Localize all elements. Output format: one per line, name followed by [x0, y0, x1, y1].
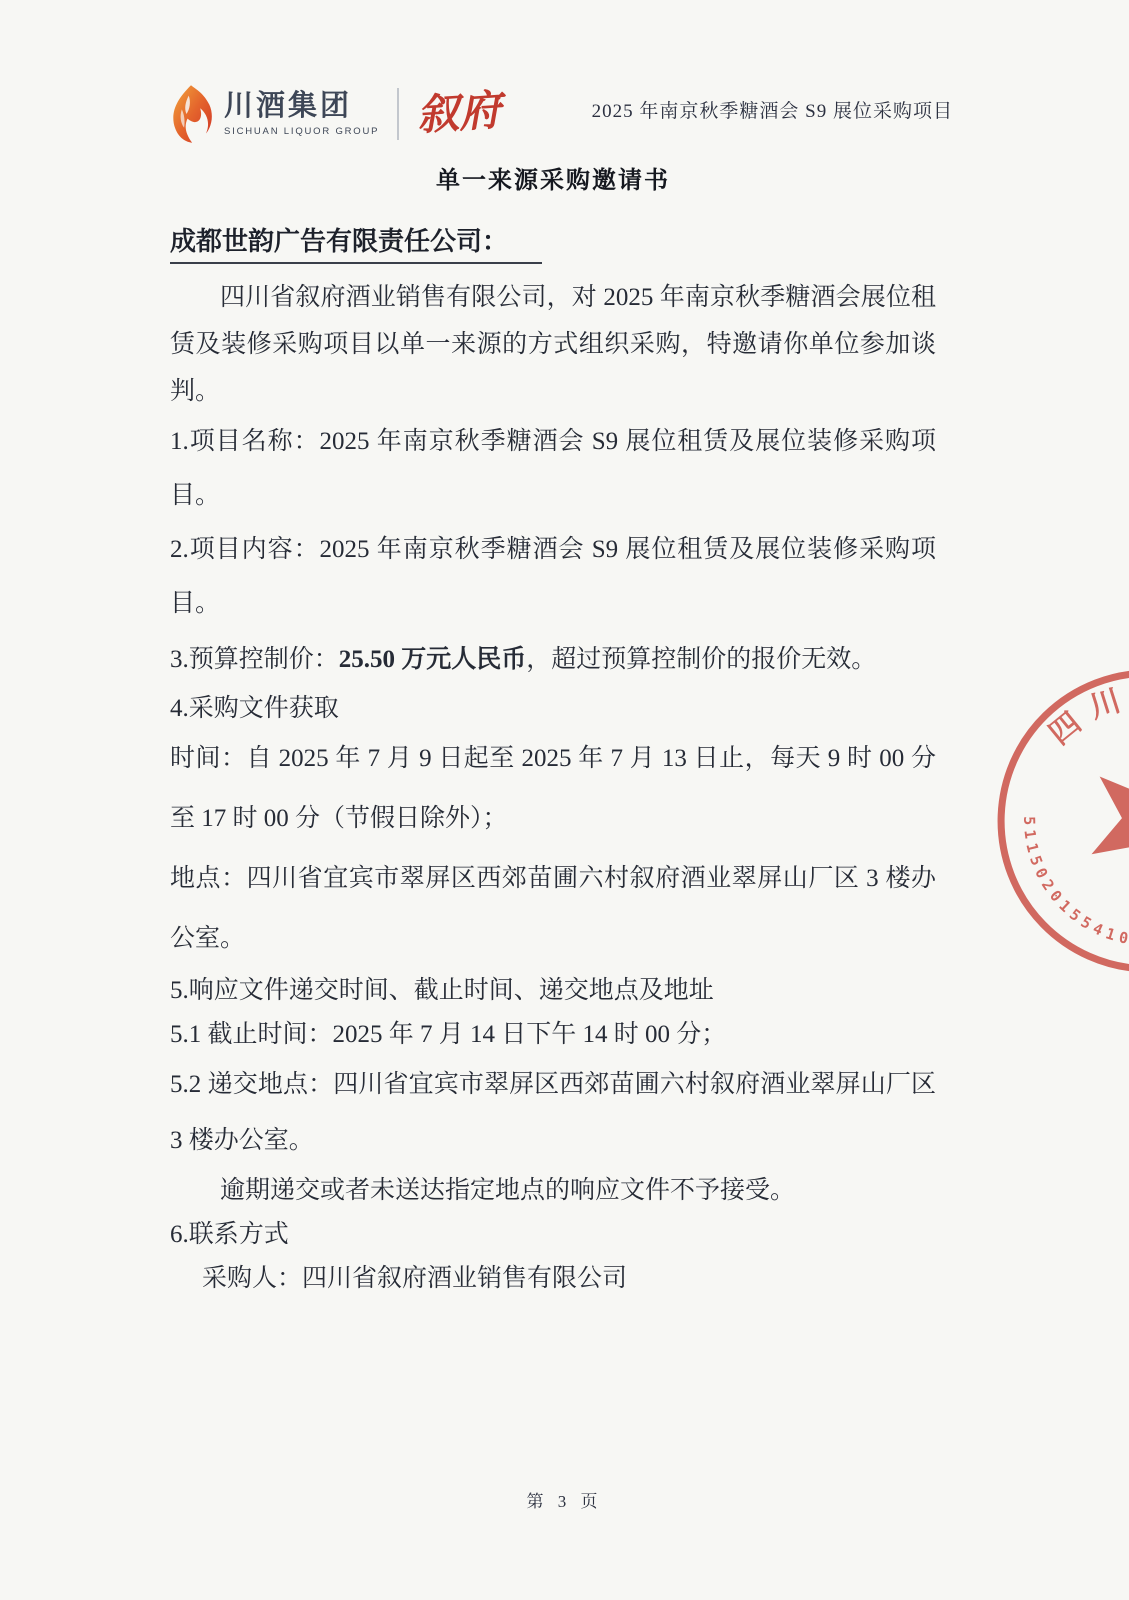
addressee-row: 成都世韵广告有限责任公司： — [170, 221, 936, 264]
page-header: 川酒集团 SICHUAN LIQUOR GROUP 叙府 2025 年南京秋季糖… — [168, 84, 953, 144]
section-2-project-content: 2.项目内容：2025 年南京秋季糖酒会 S9 展位租赁及展位装修采购项目。 — [170, 523, 936, 631]
seal-arc-text-wrap: 四川省叙府酒 — [1036, 636, 1129, 842]
star-icon — [1069, 735, 1129, 896]
document-page: 川酒集团 SICHUAN LIQUOR GROUP 叙府 2025 年南京秋季糖… — [0, 0, 1129, 1600]
company-logo: 川酒集团 SICHUAN LIQUOR GROUP 叙府 — [168, 84, 501, 144]
flame-icon — [168, 84, 214, 144]
buyer-line: 采购人：四川省叙府酒业销售有限公司 — [170, 1257, 936, 1301]
section-1-project-name: 1.项目名称：2025 年南京秋季糖酒会 S9 展位租赁及展位装修采购项目。 — [170, 415, 936, 523]
section-6-heading: 6.联系方式 — [170, 1213, 936, 1257]
official-seal-stamp: 四川省叙府酒 5115020155410 — [936, 608, 1129, 1033]
brand-name-cn: 川酒集团 — [224, 92, 379, 121]
section-4-place: 地点：四川省宜宾市翠屏区西郊苗圃六村叙府酒业翠屏山厂区 3 楼办公室。 — [170, 849, 936, 969]
section-5-heading: 5.响应文件递交时间、截止时间、递交地点及地址 — [170, 969, 936, 1013]
budget-value: 25.50 万元人民币 — [339, 646, 527, 673]
section-5-1-deadline: 5.1 截止时间：2025 年 7 月 14 日下午 14 时 00 分； — [170, 1013, 936, 1057]
section-4-time: 时间：自 2025 年 7 月 9 日起至 2025 年 7 月 13 日止，每… — [170, 729, 936, 849]
seal-serial-number: 5115020155410 — [987, 809, 1129, 953]
brand-block: 川酒集团 SICHUAN LIQUOR GROUP — [224, 92, 379, 137]
section-3-budget: 3.预算控制价：25.50 万元人民币，超过预算控制价的报价无效。 — [170, 631, 936, 689]
page-footer: 第 3 页 — [0, 1487, 1129, 1512]
section-4-heading: 4.采购文件获取 — [170, 689, 936, 729]
subbrand-calligraphy: 叙府 — [416, 90, 503, 138]
late-delivery-note: 逾期递交或者未送达指定地点的响应文件不予接受。 — [170, 1169, 936, 1213]
seal-serial-wrap: 5115020155410 — [987, 809, 1129, 953]
document-title: 单一来源采购邀请书 — [170, 160, 936, 195]
addressee: 成都世韵广告有限责任公司： — [170, 221, 542, 264]
brand-name-en: SICHUAN LIQUOR GROUP — [224, 127, 379, 137]
page-number: 第 3 页 — [527, 1492, 603, 1511]
seal-ring — [954, 626, 1129, 1017]
budget-prefix: 3.预算控制价： — [170, 646, 339, 673]
header-project-title: 2025 年南京秋季糖酒会 S9 展位采购项目 — [592, 96, 953, 123]
logo-divider — [397, 88, 399, 140]
document-content: 单一来源采购邀请书 成都世韵广告有限责任公司： 四川省叙府酒业销售有限公司，对 … — [170, 160, 936, 1301]
section-5-2-delivery-place: 5.2 递交地点：四川省宜宾市翠屏区西郊苗圃六村叙府酒业翠屏山厂区 3 楼办公室… — [170, 1057, 936, 1169]
seal-arc-text: 四川省叙府酒 — [1036, 636, 1129, 842]
budget-suffix: ，超过预算控制价的报价无效。 — [526, 646, 876, 673]
intro-paragraph: 四川省叙府酒业销售有限公司，对 2025 年南京秋季糖酒会展位租赁及装修采购项目… — [170, 274, 936, 415]
